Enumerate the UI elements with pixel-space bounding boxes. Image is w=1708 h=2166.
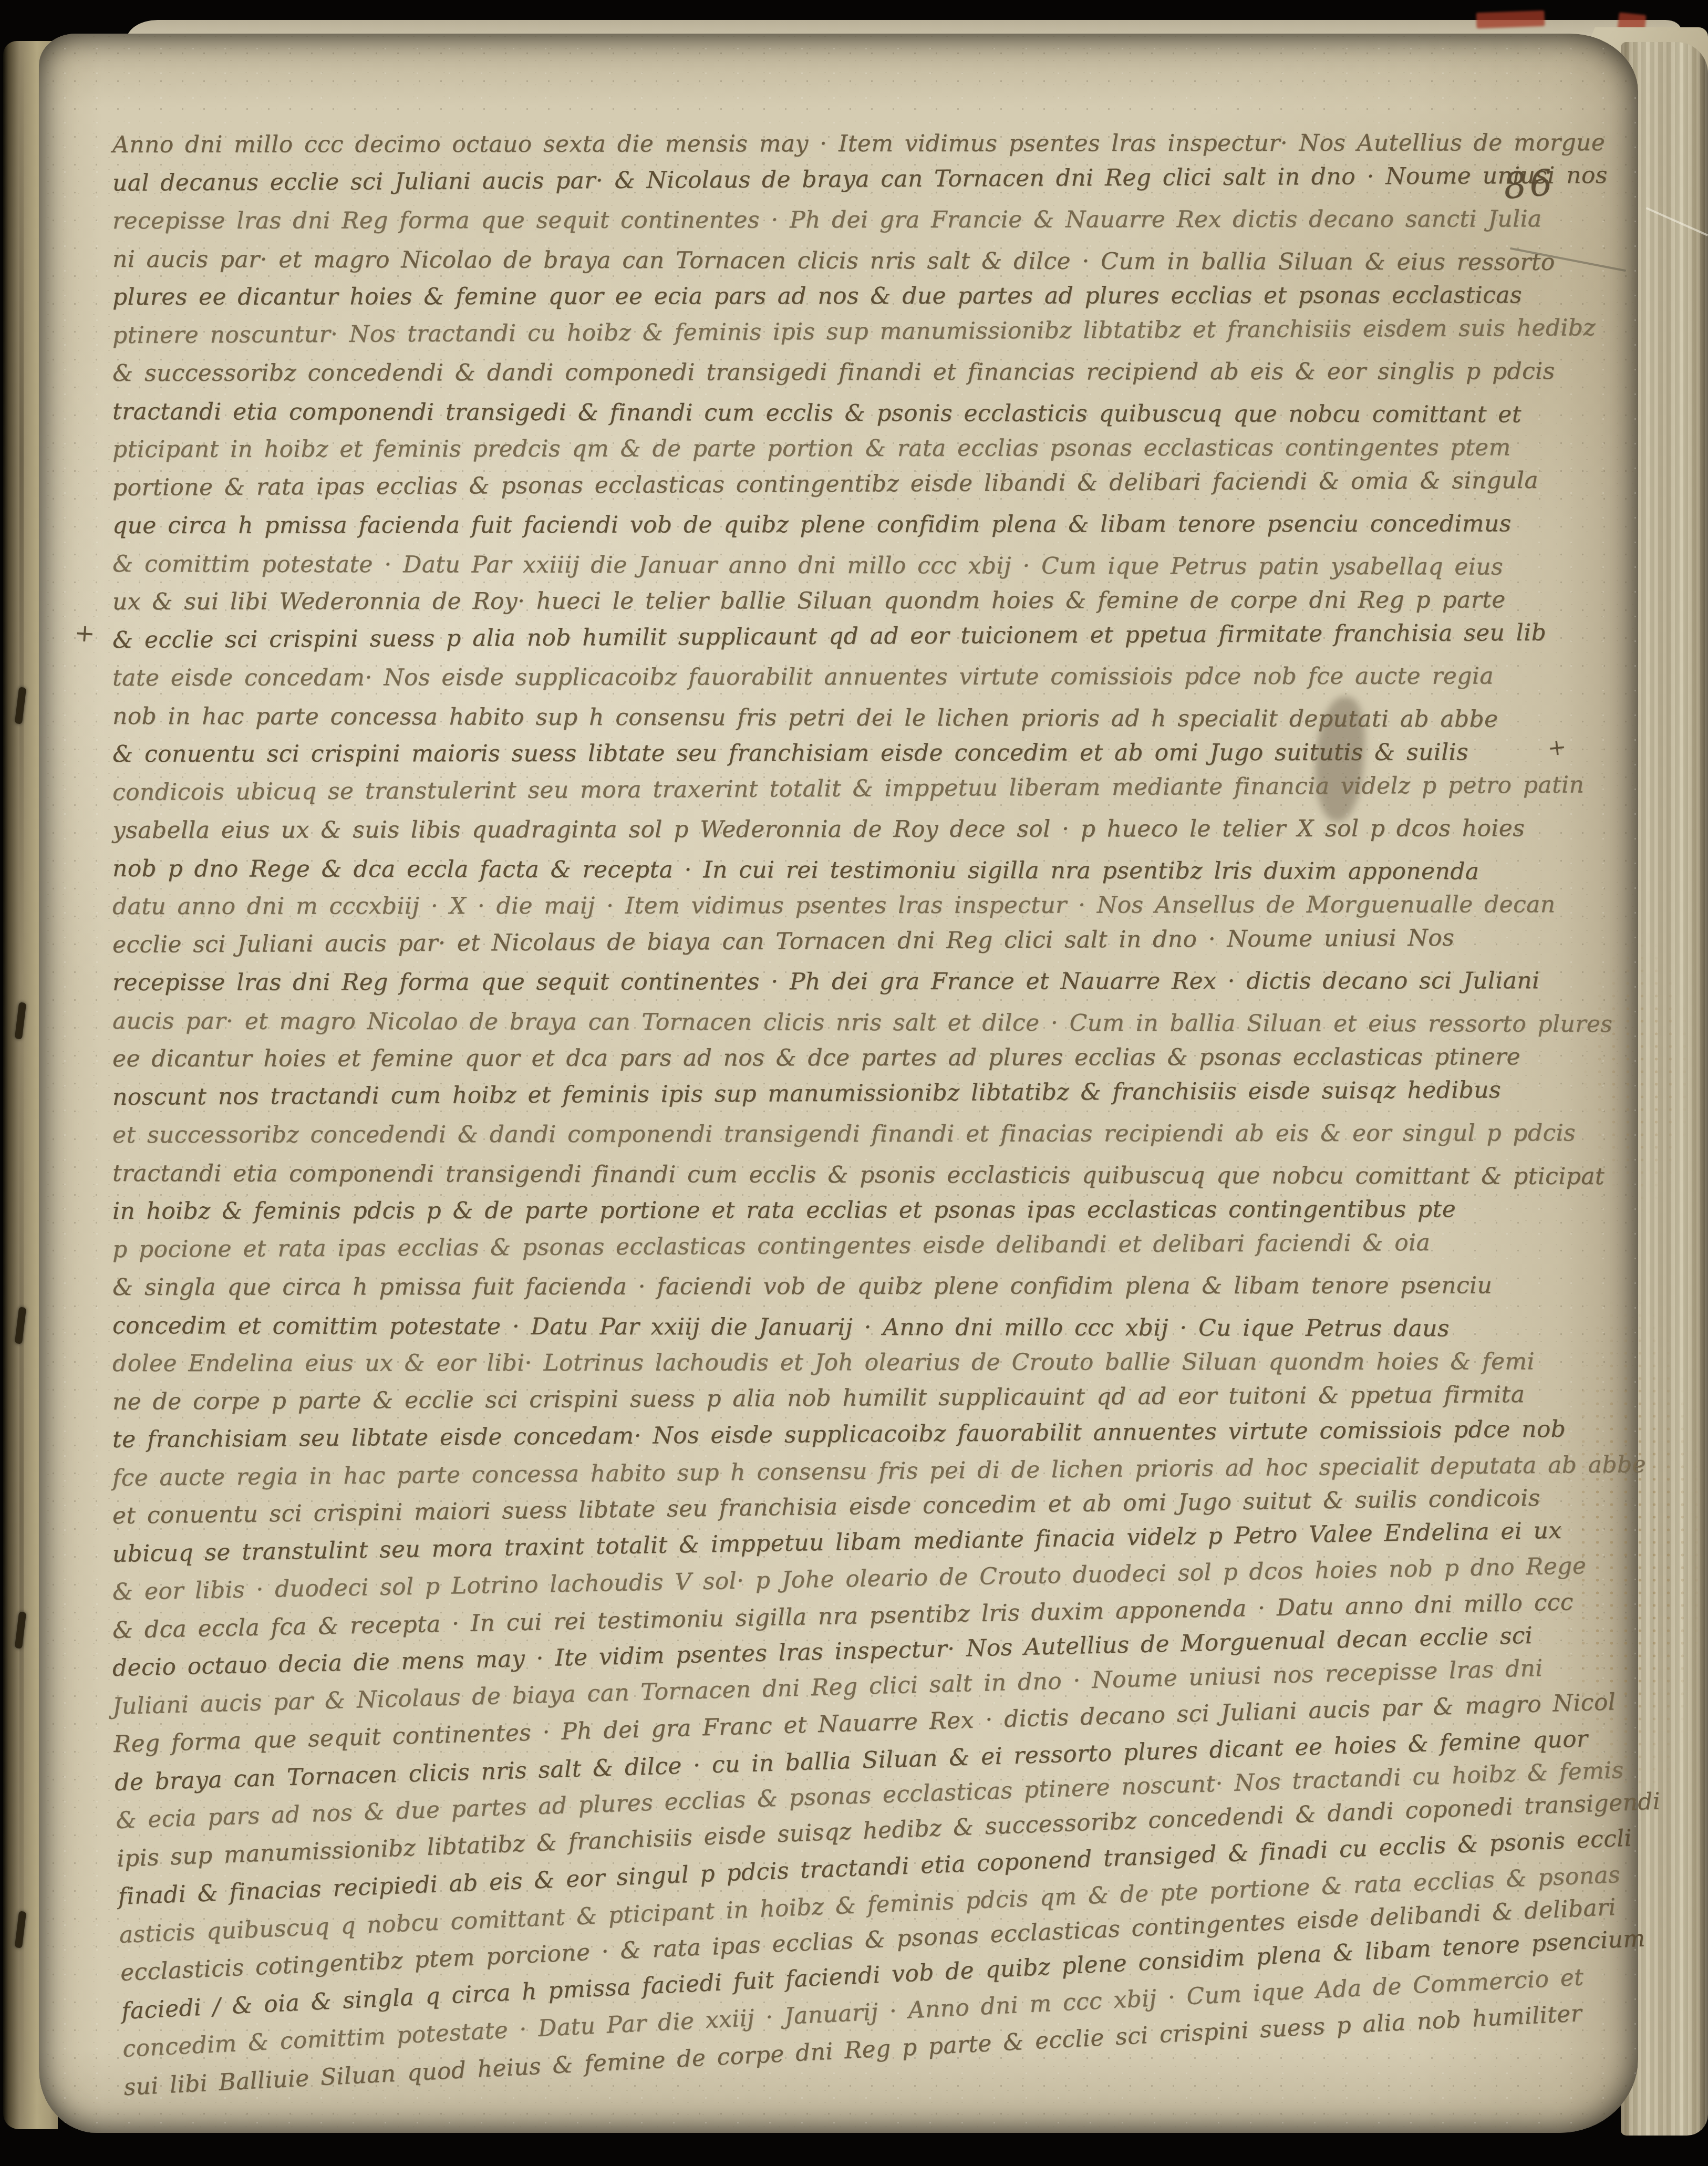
binding-stitch bbox=[15, 1611, 26, 1649]
manuscript-line: nob in hac parte concessa habito sup h c… bbox=[112, 698, 1626, 739]
manuscript-line: condicois ubicuq se transtulerint seu mo… bbox=[112, 765, 1626, 812]
manuscript-line: recepisse lras dni Reg forma que sequit … bbox=[112, 200, 1626, 241]
manuscript-line: & successoribz concedendi & dandi compon… bbox=[112, 353, 1626, 393]
margin-cross-mark: + bbox=[74, 618, 96, 648]
manuscript-line: que circa h pmissa facienda fuit faciend… bbox=[112, 505, 1626, 545]
binding-crease bbox=[19, 41, 24, 2129]
manuscript-line: tractandi etia componendi transigedi & f… bbox=[112, 393, 1626, 434]
manuscript-line: & comittim potestate · Datu Par xxiiij d… bbox=[112, 545, 1626, 587]
manuscript-line: & singla que circa h pmissa fuit faciend… bbox=[112, 1267, 1626, 1307]
manuscript-line: p pocione et rata ipas ecclias & psonas … bbox=[112, 1222, 1626, 1269]
manuscript-line: concedim et comittim potestate · Datu Pa… bbox=[112, 1307, 1626, 1349]
manuscript-line: aucis par· et magro Nicolao de braya can… bbox=[112, 1002, 1626, 1044]
binding-stitch bbox=[15, 1307, 26, 1344]
binding-stitch bbox=[15, 687, 26, 724]
manuscript-line: et successoribz concedendi & dandi compo… bbox=[112, 1114, 1626, 1155]
text-block: Anno dni millo ccc decimo octauo sexta d… bbox=[112, 126, 1626, 2107]
parchment-page: 86 + + Anno dni millo ccc decimo octauo … bbox=[39, 34, 1638, 2133]
manuscript-line: tractandi etia componendi transigendi fi… bbox=[112, 1155, 1626, 1196]
manuscript-line: ptinere noscuntur· Nos tractandi cu hoib… bbox=[112, 308, 1626, 355]
manuscript-line: ual decanus ecclie sci Juliani aucis par… bbox=[112, 156, 1626, 202]
manuscript-line: ecclie sci Juliani aucis par· et Nicolau… bbox=[112, 918, 1626, 964]
rubric-fragment-mark bbox=[1476, 11, 1545, 29]
binding-stitch bbox=[15, 1002, 26, 1039]
manuscript-line: recepisse lras dni Reg forma que sequit … bbox=[112, 962, 1626, 1002]
manuscript-line: ysabella eius ux & suis libis quadragint… bbox=[112, 810, 1626, 850]
manuscript-line: noscunt nos tractandi cum hoibz et femin… bbox=[112, 1070, 1626, 1116]
manuscript-line: & ecclie sci crispini suess p alia nob h… bbox=[112, 613, 1626, 659]
manuscript-line: tate eisde concedam· Nos eisde supplicac… bbox=[112, 657, 1626, 698]
manuscript-line: nob p dno Rege & dca eccla facta & recep… bbox=[112, 850, 1626, 892]
manuscript-line: portione & rata ipas ecclias & psonas ec… bbox=[112, 461, 1626, 507]
binding-stitch bbox=[15, 1911, 26, 1948]
manuscript-line: ni aucis par· et magro Nicolao de braya … bbox=[112, 241, 1626, 282]
manuscript-photo: 86 + + Anno dni millo ccc decimo octauo … bbox=[0, 0, 1708, 2166]
